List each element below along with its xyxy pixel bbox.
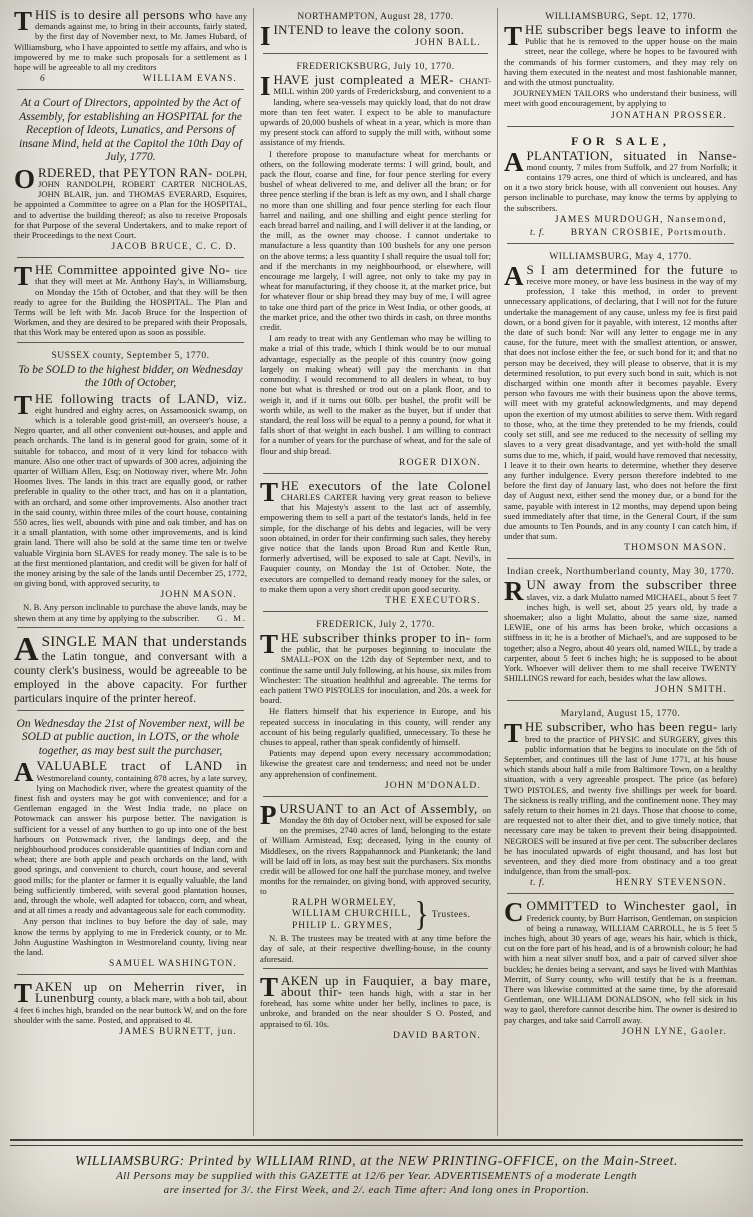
signature-line: ROGER DIXON. bbox=[286, 457, 481, 469]
signature-prefix: t. f. bbox=[530, 227, 545, 239]
signature-line: 6WILLIAM EVANS. bbox=[40, 73, 237, 85]
column-0: THIS is to desire all persons who have a… bbox=[8, 8, 253, 1136]
signature-line: THE EXECUTORS. bbox=[286, 595, 481, 607]
signature-line: DAVID BARTON. bbox=[286, 1030, 481, 1042]
colophon: WILLIAMSBURG: Printed by WILLIAM RIND, a… bbox=[8, 1139, 745, 1197]
advertisement: THE Committee appointed give No- tice th… bbox=[14, 265, 247, 337]
drop-cap: C bbox=[504, 901, 527, 923]
advertisement: WILLIAMSBURG, Sept. 12, 1770.THE subscri… bbox=[504, 11, 737, 122]
ad-lead-paragraph: TAKEN up in Fauquier, a bay mare, about … bbox=[260, 976, 491, 1029]
ad-lead-paragraph: COMMITTED to Winchester gaol, in Frederi… bbox=[504, 901, 737, 1024]
ad-divider-rule bbox=[263, 473, 488, 476]
ad-paragraph: Patients may depend upon every necessary… bbox=[260, 748, 491, 779]
ad-lead-paragraph: PURSUANT to an Act of Assembly, on Monda… bbox=[260, 804, 491, 897]
ad-lead-paragraph: IINTEND to leave the colony soon. bbox=[260, 25, 491, 36]
ad-divider-rule bbox=[507, 126, 734, 129]
ad-divider-rule bbox=[17, 627, 244, 630]
ad-paragraph: I am ready to treat with any Gentleman w… bbox=[260, 333, 491, 455]
signature-line: THOMSON MASON. bbox=[530, 542, 727, 554]
signature-prefix: 6 bbox=[40, 73, 45, 85]
signature-name: JAMES MURDOUGH, Nansemond, bbox=[555, 214, 727, 226]
drop-cap: O bbox=[14, 168, 38, 190]
ad-divider-rule bbox=[17, 974, 244, 977]
advertisement: NORTHAMPTON, August 28, 1770.IINTEND to … bbox=[260, 11, 491, 49]
ad-lead-paragraph: THE subscriber, who has been regu- larly… bbox=[504, 722, 737, 876]
ad-opening-phrase: URSUANT to an Act of Assembly, bbox=[280, 801, 483, 816]
advertisement: COMMITTED to Winchester gaol, in Frederi… bbox=[504, 901, 737, 1037]
ad-paragraph: JOURNEYMEN TAILORS who understand their … bbox=[504, 88, 737, 108]
advertisement: THE executors of the late Colonel CHARLE… bbox=[260, 481, 491, 607]
signature-name: THOMSON MASON. bbox=[624, 542, 727, 554]
ad-lead-paragraph: THE Committee appointed give No- tice th… bbox=[14, 265, 247, 337]
ad-opening-phrase: OMMITTED to Winchester gaol, in bbox=[527, 898, 738, 913]
advertisement: Maryland, August 15, 1770.THE subscriber… bbox=[504, 708, 737, 889]
advertisement: TAKEN up in Fauquier, a bay mare, about … bbox=[260, 976, 491, 1042]
advertisement: FREDERICKSBURG, July 10, 1770.IHAVE just… bbox=[260, 61, 491, 469]
colophon-subscription-line: All Persons may be supplied with this GA… bbox=[8, 1169, 745, 1183]
advertisement: WILLIAMSBURG, May 4, 1770.AS I am determ… bbox=[504, 251, 737, 554]
ad-opening-phrase: HE executors of the late Colonel bbox=[281, 478, 491, 493]
ad-lead-paragraph: THIS is to desire all persons who have a… bbox=[14, 10, 247, 72]
ad-dateline: SUSSEX county, September 5, 1770. bbox=[14, 350, 247, 362]
ad-divider-rule bbox=[263, 968, 488, 971]
signature-name: JOHN LYNE, Gaoler. bbox=[622, 1026, 727, 1038]
ad-divider-rule bbox=[507, 243, 734, 246]
ad-divider-rule bbox=[507, 700, 734, 703]
column-2: WILLIAMSBURG, Sept. 12, 1770.THE subscri… bbox=[498, 8, 743, 1136]
ad-lead-paragraph: THE following tracts of LAND, viz. eight… bbox=[14, 394, 247, 589]
ad-divider-rule bbox=[17, 710, 244, 713]
drop-cap: A bbox=[14, 635, 42, 663]
trustees-block: RALPH WORMELEY,WILLIAM CHURCHILL,PHILIP … bbox=[292, 898, 491, 933]
ad-divider-rule bbox=[263, 796, 488, 799]
advertisement: ASINGLE MAN that understands the Latin t… bbox=[14, 635, 247, 706]
ad-opening-phrase: AKEN up on Meherrin river, in Lunenburg bbox=[35, 979, 247, 1005]
ad-opening-phrase: UN away from the subscriber three bbox=[527, 577, 738, 592]
signature-line: JACOB BRUCE, C. C. D. bbox=[40, 241, 237, 253]
ad-divider-rule bbox=[17, 257, 244, 260]
advertisement: SUSSEX county, September 5, 1770.To be S… bbox=[14, 350, 247, 623]
signature-line: t. f.HENRY STEVENSON. bbox=[530, 877, 727, 889]
signature-name: JOHN BALL. bbox=[415, 37, 481, 49]
signature-line: JOHN M'DONALD. bbox=[286, 780, 481, 792]
trustees-label: Trustees. bbox=[432, 910, 471, 920]
signature-line: t. f.BRYAN CROSBIE, Portsmouth. bbox=[530, 227, 727, 239]
column-1: NORTHAMPTON, August 28, 1770.IINTEND to … bbox=[253, 8, 498, 1136]
ad-heading: At a Court of Directors, appointed by th… bbox=[14, 97, 247, 165]
signature-line: JOHN SMITH. bbox=[530, 684, 727, 696]
ad-opening-phrase: PLANTATION, situated in Nanse- bbox=[527, 148, 738, 163]
ad-divider-rule bbox=[17, 342, 244, 345]
ad-divider-rule bbox=[263, 611, 488, 614]
drop-cap: T bbox=[14, 394, 35, 416]
drop-cap: A bbox=[504, 265, 527, 287]
signature-line: SAMUEL WASHINGTON. bbox=[40, 958, 237, 970]
ad-opening-phrase: RDERED, that PEYTON RAN- bbox=[38, 165, 216, 180]
drop-cap: T bbox=[260, 481, 281, 503]
colophon-rates-line: are inserted for 3/. the First Week, and… bbox=[8, 1183, 745, 1197]
signature-name: JAMES BURNETT, jun. bbox=[119, 1026, 237, 1038]
drop-cap: T bbox=[14, 10, 35, 32]
drop-cap: I bbox=[260, 25, 274, 47]
ad-heading: To be SOLD to the highest bidder, on Wed… bbox=[14, 364, 247, 391]
ad-opening-phrase: HE subscriber begs leave to inform bbox=[525, 22, 726, 37]
ad-divider-rule bbox=[507, 893, 734, 896]
signature-name: ROGER DIXON. bbox=[399, 457, 481, 469]
advertisement: PURSUANT to an Act of Assembly, on Monda… bbox=[260, 804, 491, 964]
signature-prefix: t. f. bbox=[530, 877, 545, 889]
drop-cap: A bbox=[504, 151, 527, 173]
signature-name: WILLIAM EVANS. bbox=[143, 73, 237, 85]
drop-cap: I bbox=[260, 75, 274, 97]
advertisement: Indian creek, Northumberland county, May… bbox=[504, 566, 737, 696]
ad-lead-paragraph: ORDERED, that PEYTON RAN- DOLPH, JOHN RA… bbox=[14, 168, 247, 240]
ad-opening-phrase: HIS is to desire all persons who bbox=[35, 8, 216, 22]
brace-glyph: } bbox=[414, 895, 428, 934]
trustee-name: RALPH WORMELEY, bbox=[292, 898, 411, 910]
signature-name: THE EXECUTORS. bbox=[385, 595, 481, 607]
signature-name: JONATHAN PROSSER. bbox=[611, 110, 727, 122]
ad-postscript: N. B. Any person inclinable to purchase … bbox=[14, 602, 247, 622]
ad-lead-paragraph: AVALUABLE tract of LAND in Westmoreland … bbox=[14, 761, 247, 915]
advertisement: FOR SALE,APLANTATION, situated in Nanse-… bbox=[504, 134, 737, 239]
ad-divider-rule bbox=[17, 89, 244, 92]
columns-container: THIS is to desire all persons who have a… bbox=[8, 8, 745, 1136]
ad-opening-phrase: S I am determined for the future bbox=[527, 262, 731, 277]
ad-divider-rule bbox=[507, 558, 734, 561]
drop-cap: T bbox=[260, 976, 281, 998]
ad-divider-rule bbox=[263, 53, 488, 56]
drop-cap: T bbox=[504, 25, 525, 47]
ad-lead-paragraph: THE subscriber begs leave to inform the … bbox=[504, 25, 737, 87]
ad-lead-paragraph: IHAVE just compleated a MER- CHANT-MILL … bbox=[260, 75, 491, 147]
ad-lead-paragraph: TAKEN up on Meherrin river, in Lunenburg… bbox=[14, 982, 247, 1025]
signature-line: JAMES MURDOUGH, Nansemond, bbox=[530, 214, 727, 226]
ad-opening-phrase: HAVE just compleated a MER- bbox=[274, 72, 460, 87]
ad-opening-phrase: HE subscriber thinks proper to in- bbox=[281, 630, 474, 645]
trustee-name: WILLIAM CHURCHILL, bbox=[292, 909, 411, 921]
signature-name: JACOB BRUCE, C. C. D. bbox=[112, 241, 238, 253]
drop-cap: T bbox=[504, 722, 525, 744]
drop-cap: T bbox=[14, 982, 35, 1004]
ad-opening-phrase: HE subscriber, who has been regu- bbox=[525, 719, 721, 734]
drop-cap: R bbox=[504, 580, 527, 602]
trustee-name: PHILIP L. GRYMES, bbox=[292, 921, 411, 933]
ad-opening-phrase: VALUABLE tract of LAND in bbox=[37, 758, 248, 773]
ad-opening-phrase: INTEND to leave the colony soon. bbox=[274, 22, 465, 37]
ad-paragraph: He flatters himself that his experience … bbox=[260, 706, 491, 747]
signature-line: JONATHAN PROSSER. bbox=[530, 110, 727, 122]
signature-name: DAVID BARTON. bbox=[393, 1030, 481, 1042]
signature-line: JOHN MASON. bbox=[40, 589, 237, 601]
advertisement: On Wednesday the 21st of November next, … bbox=[14, 718, 247, 970]
drop-cap: A bbox=[14, 761, 37, 783]
signature-name: JOHN SMITH. bbox=[655, 684, 727, 696]
drop-cap: T bbox=[14, 265, 35, 287]
signature-name: SAMUEL WASHINGTON. bbox=[109, 958, 237, 970]
signature-line: JOHN BALL. bbox=[286, 37, 481, 49]
advertisement: FREDERICK, July 2, 1770.THE subscriber t… bbox=[260, 619, 491, 792]
colophon-rule bbox=[10, 1139, 743, 1146]
signature-name: JOHN M'DONALD. bbox=[385, 780, 481, 792]
signature-line: JOHN LYNE, Gaoler. bbox=[530, 1026, 727, 1038]
ad-lead-paragraph: RUN away from the subscriber three slave… bbox=[504, 580, 737, 683]
postscript-signature: G. M. bbox=[208, 613, 247, 623]
ad-title: FOR SALE, bbox=[504, 134, 737, 149]
ad-postscript: N. B. The trustees may be treated with a… bbox=[260, 933, 491, 964]
newspaper-page: THIS is to desire all persons who have a… bbox=[0, 0, 753, 1217]
signature-name: BRYAN CROSBIE, Portsmouth. bbox=[571, 227, 727, 239]
advertisement: At a Court of Directors, appointed by th… bbox=[14, 97, 247, 253]
advertisement: TAKEN up on Meherrin river, in Lunenburg… bbox=[14, 982, 247, 1038]
ad-opening-phrase: AKEN up in Fauquier, a bay mare, about t… bbox=[281, 973, 491, 999]
trustee-names: RALPH WORMELEY,WILLIAM CHURCHILL,PHILIP … bbox=[292, 898, 411, 933]
signature-name: HENRY STEVENSON. bbox=[616, 877, 727, 889]
ad-opening-phrase: HE following tracts of LAND, viz. bbox=[35, 391, 247, 406]
colophon-imprint-line: WILLIAMSBURG: Printed by WILLIAM RIND, a… bbox=[8, 1152, 745, 1169]
ad-opening-phrase: SINGLE MAN that understands bbox=[42, 634, 247, 650]
ad-lead-paragraph: THE executors of the late Colonel CHARLE… bbox=[260, 481, 491, 594]
ad-lead-paragraph: APLANTATION, situated in Nanse- mond cou… bbox=[504, 151, 737, 213]
signature-name: JOHN MASON. bbox=[160, 589, 237, 601]
ad-paragraph: Any person that inclines to buy before t… bbox=[14, 916, 247, 957]
drop-cap: P bbox=[260, 804, 280, 826]
ad-lead-paragraph: THE subscriber thinks proper to in- form… bbox=[260, 633, 491, 705]
ad-lead-paragraph: ASINGLE MAN that understands the Latin t… bbox=[14, 635, 247, 706]
ad-opening-phrase: HE Committee appointed give No- bbox=[35, 262, 235, 277]
advertisement: THIS is to desire all persons who have a… bbox=[14, 10, 247, 85]
ad-lead-paragraph: AS I am determined for the future to rec… bbox=[504, 265, 737, 541]
signature-line: JAMES BURNETT, jun. bbox=[40, 1026, 237, 1038]
ad-paragraph: I therefore propose to manufacture wheat… bbox=[260, 149, 491, 333]
drop-cap: T bbox=[260, 633, 281, 655]
ad-heading: On Wednesday the 21st of November next, … bbox=[14, 718, 247, 759]
